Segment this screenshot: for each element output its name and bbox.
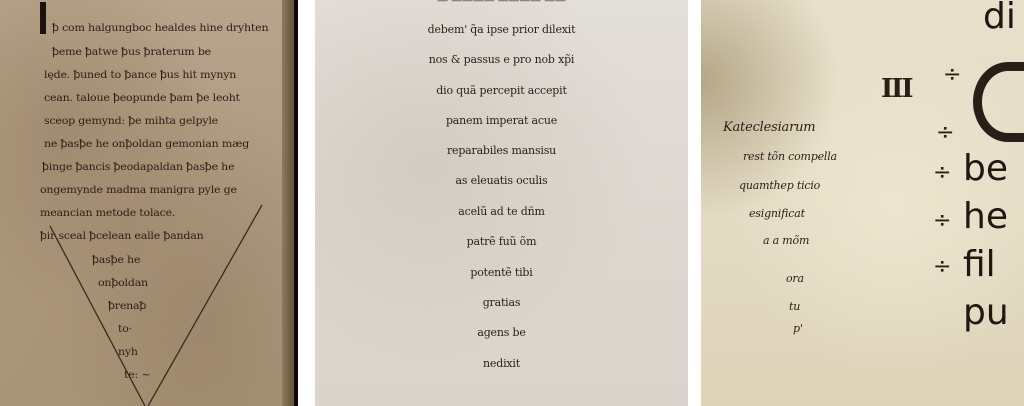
decorated-capital-e <box>973 62 1024 142</box>
gloss-line: tu <box>789 300 800 313</box>
display-script-text: be <box>963 148 1008 189</box>
manuscript-photo-old-english: ꝥ com halgungboc healdes hine dryhten ꝥe… <box>0 0 298 406</box>
manuscript-photo-glossed: III Kateclesiarum rest tõn compella quam… <box>701 0 1024 406</box>
divider-mark: ÷ <box>933 254 951 279</box>
gloss-line: esignificat <box>749 207 805 220</box>
manuscript-line: patrẽ fuũ õm <box>315 235 688 248</box>
roman-numeral: III <box>881 74 912 104</box>
page-edge <box>294 0 298 406</box>
manuscript-line: debem' q̃a ipse prior dilexit <box>315 23 688 36</box>
gloss-line: ora <box>786 272 804 285</box>
gloss-line: quamthep ticio <box>739 179 820 192</box>
manuscript-line: agens be <box>315 326 688 339</box>
gloss-line: a a mõm <box>763 234 809 247</box>
manuscript-line: panem imperat acue <box>315 114 688 127</box>
manuscript-photo-latin: — ———— ———— —— debem' q̃a ipse prior dil… <box>315 0 688 406</box>
display-script-text: pu <box>963 292 1009 333</box>
divider-mark: ÷ <box>943 62 961 87</box>
manuscript-line: nos & passus e pro nob xp̃i <box>315 53 688 66</box>
divider-mark: ÷ <box>933 208 951 233</box>
display-script-text: di <box>983 0 1016 37</box>
display-script-text: fil <box>963 244 996 285</box>
gloss-line: rest tõn compella <box>743 150 837 163</box>
manuscript-line: dio quã percepit accepit <box>315 84 688 97</box>
manuscript-line: potentẽ tibi <box>315 266 688 279</box>
manuscript-line: acelũ ad te dñm <box>315 205 688 218</box>
gloss-line: p' <box>793 322 803 335</box>
divider-mark: ÷ <box>936 120 954 145</box>
manuscript-line: gratias <box>315 296 688 309</box>
manuscript-line: as eleuatis oculis <box>315 174 688 187</box>
gloss-line: Kateclesiarum <box>723 120 815 135</box>
manuscript-line: reparabiles mansisu <box>315 144 688 157</box>
display-script-text: he <box>963 196 1008 237</box>
manuscript-line-cut: — ———— ———— —— <box>315 0 688 7</box>
divider-mark: ÷ <box>933 160 951 185</box>
funnel-ruling-lines <box>0 0 298 406</box>
manuscript-line: nedixit <box>315 357 688 370</box>
